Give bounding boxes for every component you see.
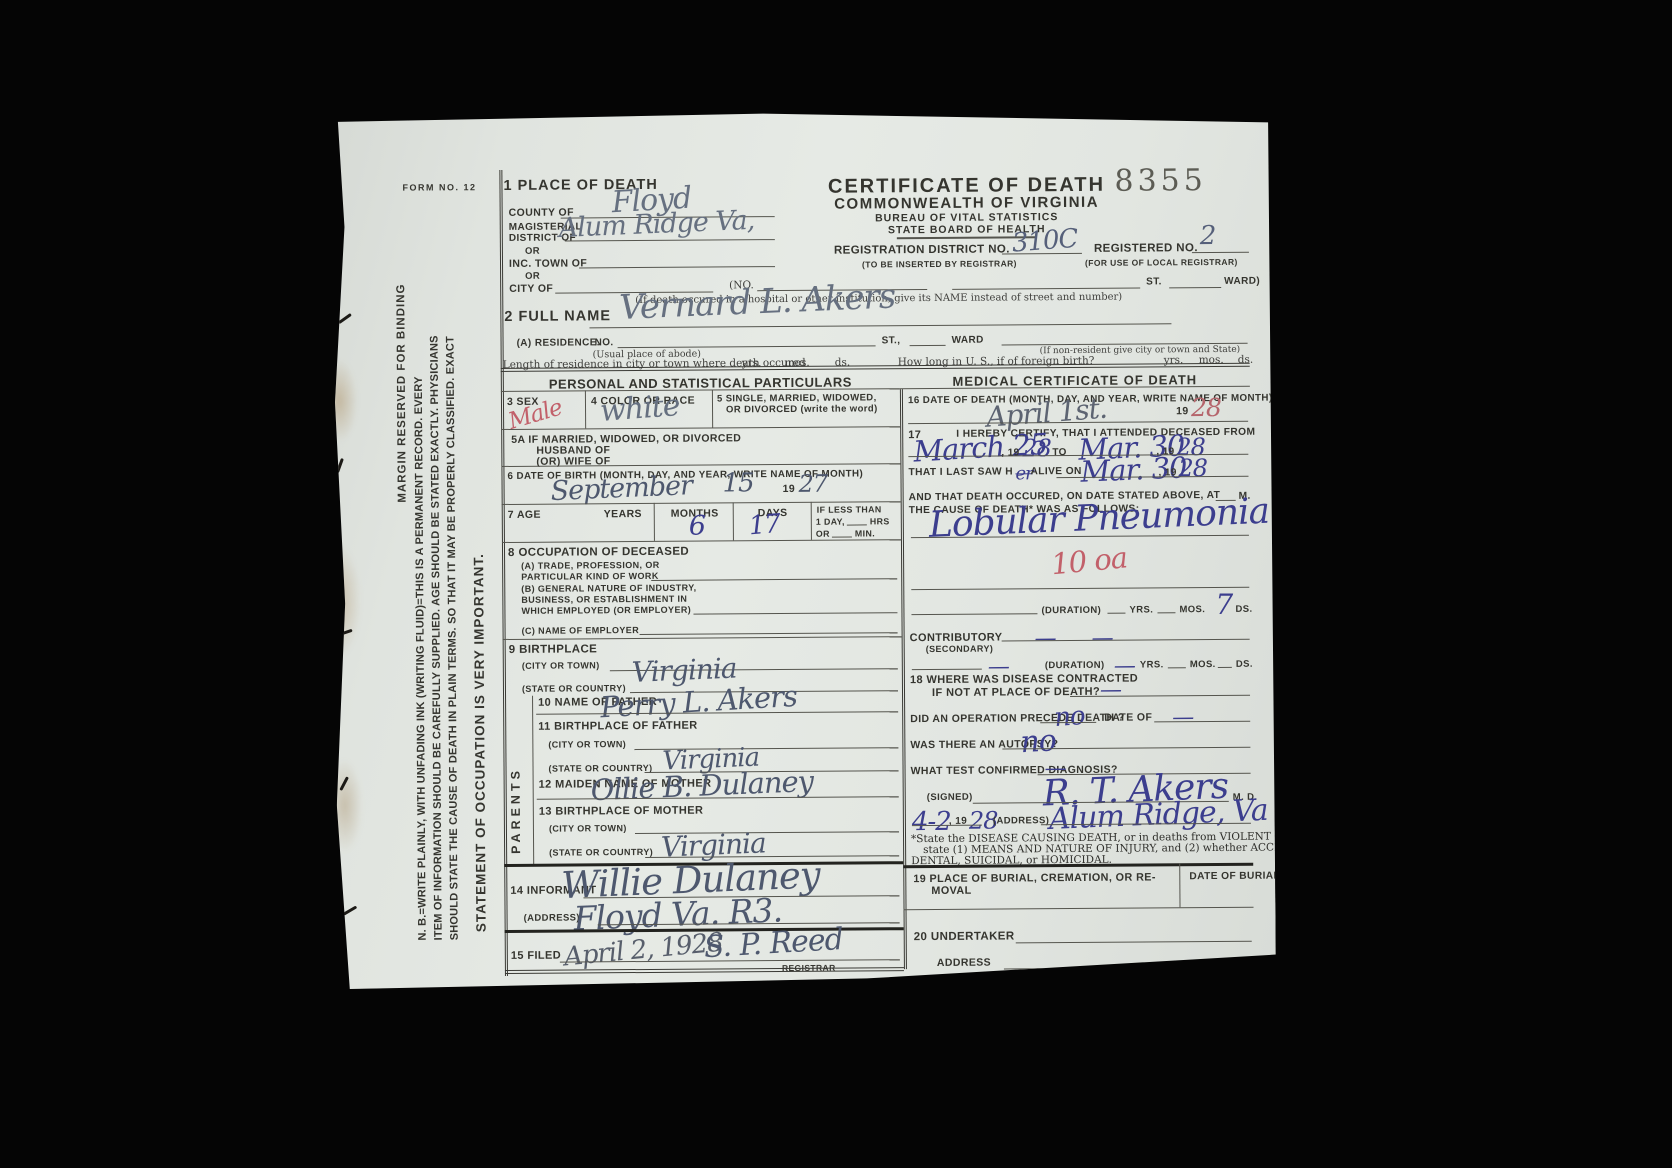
father-name-value: Perry L. Akers [599,679,797,725]
one-day-label: 1 DAY, [816,517,845,527]
residence-street-label: ST., [882,335,901,346]
last-saw-alive-label: THAT I LAST SAW H [908,466,1013,478]
death-certificate: FORM NO. 12 MARGIN RESERVED FOR BINDING … [296,107,1276,990]
contributory-label: CONTRIBUTORY [910,631,1003,644]
rule [1218,667,1232,668]
occupation-industry-label-3: WHICH EMPLOYED (OR EMPLOYER) [521,605,691,616]
rule [501,426,900,430]
rule [579,266,775,268]
residence-ward-label: WARD [952,335,984,346]
rule [910,345,946,346]
to-label: TO [1052,447,1067,458]
occupation-industry-label-1: (B) GENERAL NATURE OF INDUSTRY, [521,583,696,594]
paper-stain [326,758,363,853]
filed-label: 15 FILED [511,950,561,962]
father-bp-city-label: (CITY OR TOWN) [548,739,626,750]
rule [618,345,876,348]
death-year-value: 28 [1191,393,1221,422]
rule [1016,941,1252,944]
contributory-dash: — [1092,626,1113,651]
duration-label: (DURATION) [1041,605,1101,616]
residence-no-label: NO. [595,337,614,348]
rule [1192,252,1249,253]
duration-mos-label: MOS. [1179,604,1205,615]
rule [565,239,775,241]
employer-name-label: (C) NAME OF EMPLOYER [522,625,640,636]
rule [1168,667,1186,668]
cell-divider [1179,863,1180,907]
if-less-than-label: IF LESS THAN [817,504,882,514]
or-label: OR [816,529,830,539]
printed-19: 19 [783,483,796,495]
magisterial-value: Alum Ridge Va, [558,205,755,244]
age-years-label: YEARS [604,508,642,520]
registered-number-value: 2 [1200,221,1216,251]
rule [911,587,1249,590]
registered-number-label: REGISTERED NO. [1094,242,1198,255]
photo-background: { "photo": { "certificate_no": "8355", "… [0,0,1672,1168]
occupation-trade-label-1: (A) TRADE, PROFESSION, OR [521,560,660,571]
printed-comma-19: , 19 [1001,447,1019,458]
rule [693,612,897,614]
color-race-value: white [599,388,681,429]
rule [640,632,898,635]
occupation-heading: 8 OCCUPATION OF DECEASED [508,546,689,559]
duration-yrs-label: YRS. [1129,604,1153,615]
registration-district-label: REGISTRATION DISTRICT NO. [834,243,1010,256]
rule [1107,613,1125,614]
cell-divider [585,390,586,428]
duration-label: (DURATION) [1045,660,1105,671]
undertaker-address-label: ADDRESS [937,957,991,969]
mother-bp-city-label: (CITY OR TOWN) [549,823,627,834]
or-label: OR [525,246,540,257]
binding-stitch [343,905,357,915]
rule [1154,721,1250,723]
registrar-insert-note: (TO BE INSERTED BY REGISTRAR) [862,258,1017,269]
street-label: ST. [1146,276,1162,287]
rule [1169,287,1221,288]
operation-precede-value: no [1053,701,1086,733]
rule [1157,612,1175,613]
duration-months-value: 7 [1215,588,1232,621]
commonwealth-subtitle: COMMONWEALTH OF VIRGINIA [817,194,1117,213]
cell-divider [654,503,655,541]
duration-ds-label: DS. [1236,659,1253,670]
form-number: FORM NO. 12 [402,182,476,193]
duration-yrs-label: YRS. [1140,659,1164,670]
city-of-label: CITY OF [509,283,553,295]
age-label: 7 AGE [508,509,541,521]
rule [502,539,901,543]
rule [503,636,902,640]
column-divider [900,389,907,969]
place-of-burial-label-2: MOVAL [931,885,971,897]
hrs-label: HRS [870,516,890,526]
disease-contracted-dash: — [1100,678,1121,703]
rule [1004,967,1180,969]
birthplace-city-label: (CITY OR TOWN) [522,660,600,671]
rule [1070,695,1250,697]
certificate-number-stamp: 8355 [1114,163,1207,199]
operation-date-dash: — [1172,705,1193,730]
last-saw-year: 28 [1178,454,1207,482]
alive-on-label: ALIVE ON [1030,466,1081,477]
local-registrar-note: (FOR USE OF LOCAL REGISTRAR) [1085,257,1238,268]
min-label: MIN. [855,528,875,538]
rule [832,537,852,538]
duration-ds-label: DS. [1235,604,1252,615]
attended-from-year: 28 [1022,434,1051,462]
birth-year-value: 27 [798,470,827,498]
mother-birthplace-label: 13 BIRTHPLACE OF MOTHER [539,805,704,818]
date-of-burial-label: DATE OF BURIAL [1189,871,1280,883]
birthplace-heading: 9 BIRTHPLACE [509,643,598,656]
cell-divider [811,502,812,540]
full-name-label: 2 FULL NAME [504,308,611,325]
or-label: OR [525,271,540,282]
signed-label: (SIGNED) [927,792,973,803]
operation-date-label: DATE OF [1104,711,1152,723]
autopsy-value: no [1019,723,1056,760]
printed-19: 19 [1176,405,1189,417]
cell-divider [733,502,734,540]
rule [904,907,1254,910]
father-birthplace-label: 11 BIRTHPLACE OF FATHER [538,720,697,733]
ward-label: WARD) [1224,276,1260,287]
secondary-label: (SECONDARY) [926,644,994,654]
occupation-trade-label-2: PARTICULAR KIND OF WORK [521,571,659,582]
age-days-value: 17 [748,509,781,541]
cause-code-annotation: 10 oa [1050,540,1129,581]
margin-instruction-line4: STATEMENT OF OCCUPATION IS VERY IMPORTAN… [471,553,489,932]
contributory-dash: — [1035,626,1056,651]
binding-stitch [338,313,352,324]
marital-status-label-2: OR DIVORCED (write the word) [726,403,878,415]
rule [651,578,897,581]
parents-divider [532,696,534,866]
operation-precede-label: DID AN OPERATION PRECEDE DEATH ? [910,712,1125,725]
rule [952,288,1140,290]
inc-town-label: INC. TOWN OF [509,257,587,270]
cell-divider [712,390,713,428]
form-left-border [499,170,508,976]
rule [847,524,867,525]
margin-instruction-line2: ITEM OF INFORMATION SHOULD BE CAREFULLY … [429,335,445,940]
binding-stitch [336,458,344,473]
residence-label: (A) RESIDENCE. [517,337,600,349]
margin-instruction-line1: N. B.=WRITE PLAINLY, WITH UNFADING INK (… [413,376,429,940]
margin-instruction-line3: SHOULD STATE THE CAUSE OF DEATH IN PLAIN… [445,336,461,940]
occupation-industry-label-2: BUSINESS, OR ESTABLISHMENT IN [521,594,687,605]
margin-binding-note: MARGIN RESERVED FOR BINDING [395,284,409,503]
parents-group-label: PARENTS [509,767,524,854]
rule [911,613,1037,615]
registrar-signature: S. P. Reed [703,922,844,965]
place-of-burial-label-1: 19 PLACE OF BURIAL, CREMATION, OR RE- [913,871,1156,885]
rule [912,669,982,670]
birth-month-value: September [550,470,693,507]
birth-day-value: 15 [722,468,753,498]
disease-contracted-label-2: IF NOT AT PLACE OF DEATH? [932,686,1100,699]
paper-stain [320,358,359,443]
paper-stain [317,543,362,658]
informant-address-label: (ADDRESS) [524,912,580,923]
full-name-value: Vernard L. Akers [619,276,896,328]
age-months-value: 6 [689,511,705,542]
duration-mos-label: MOS. [1190,659,1216,670]
mother-bp-state-label: (STATE OR COUNTRY) [549,847,653,858]
undertaker-label: 20 UNDERTAKER [914,930,1015,943]
